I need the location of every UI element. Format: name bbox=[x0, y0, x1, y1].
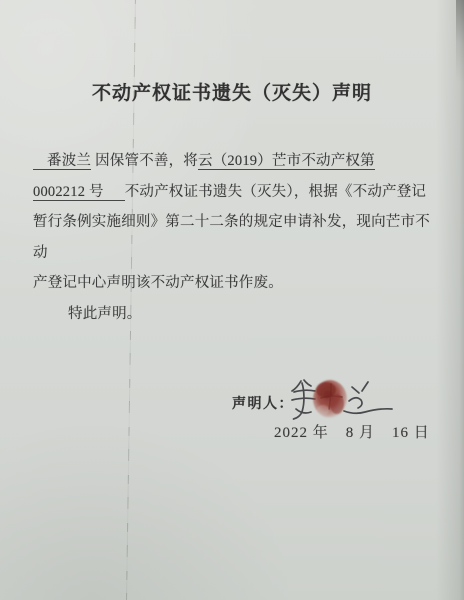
body-line-3: 暂行条例实施细则》第二十二条的规定申请补发，现向芒市不动 bbox=[33, 207, 439, 268]
certificate-number-part1-underlined: 云（2019）芒市不动产权第 bbox=[198, 153, 375, 170]
closing-statement: 特此声明。 bbox=[33, 299, 439, 330]
date-year: 2022 年 bbox=[274, 425, 329, 441]
declarant-label: 声明人： bbox=[232, 393, 294, 413]
body-line-1-text: 因保管不善，将 bbox=[95, 153, 198, 169]
body-line-1: 番波兰因保管不善，将云（2019）芒市不动产权第 bbox=[33, 146, 439, 177]
date-month: 8 月 bbox=[346, 425, 375, 441]
body-line-2: 0002212 号不动产权证书遗失（灭失），根据《不动产登记 bbox=[33, 177, 439, 208]
document-title: 不动产权证书遗失（灭失）声明 bbox=[0, 78, 464, 105]
red-fingerprint-seal bbox=[313, 380, 347, 418]
declaration-date: 2022 年8 月16 日 bbox=[274, 421, 430, 442]
certificate-number-part2-underlined: 0002212 号 bbox=[33, 184, 125, 201]
body-line-4: 产登记中心声明该不动产权证书作废。 bbox=[33, 268, 439, 299]
date-day: 16 日 bbox=[392, 425, 430, 441]
body-line-2-text: 不动产权证书遗失（灭失），根据《不动产登记 bbox=[125, 184, 426, 200]
declaration-body: 番波兰因保管不善，将云（2019）芒市不动产权第 0002212 号不动产权证书… bbox=[33, 146, 439, 330]
signature-handwriting bbox=[288, 371, 398, 427]
declarant-name-underlined: 番波兰 bbox=[33, 153, 91, 170]
document-photo: 不动产权证书遗失（灭失）声明 番波兰因保管不善，将云（2019）芒市不动产权第 … bbox=[0, 0, 464, 600]
